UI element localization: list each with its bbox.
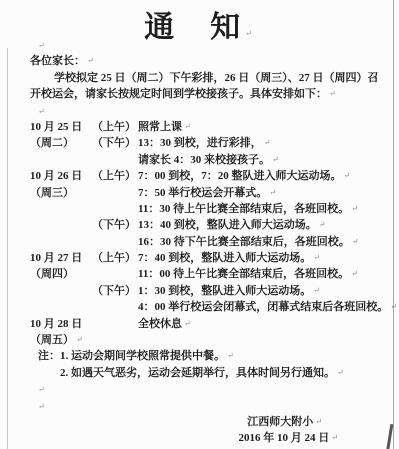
schedule-text: 11：00 待上午比赛全部结束后，各班回校。 bbox=[138, 266, 358, 282]
schedule-session bbox=[92, 299, 138, 315]
signature-org: 江西师大附小 bbox=[30, 414, 390, 430]
schedule-text: 1：30 到校，整队进入师大运动场。 bbox=[138, 283, 320, 299]
schedule-session bbox=[92, 266, 138, 282]
pilcrow-mark: ↵ bbox=[38, 402, 45, 411]
page-edge-left bbox=[7, 48, 8, 449]
notice-document: 通 知 ↵ 各位家长： 学校拟定 25 日（周二）下午彩排，26 日（周三）、2… bbox=[0, 0, 399, 449]
schedule-text: 16：30 待下午比赛全部结束后，各班回校。 bbox=[138, 234, 358, 250]
schedule-session: （上午） bbox=[92, 168, 138, 184]
salutation: 各位家长： bbox=[30, 53, 390, 69]
schedule-row: （周四） 11：00 待上午比赛全部结束后，各班回校。 bbox=[30, 266, 390, 282]
schedule-date bbox=[30, 217, 92, 233]
schedule-row: 11：30 待上午比赛全部结束后，各班回校。 bbox=[30, 201, 390, 217]
schedule-date: （周四） bbox=[30, 266, 92, 282]
schedule-text: 7：40 到校，整队进入师大运动场。 bbox=[138, 250, 320, 266]
schedule-row: 10 月 27 日 （上午） 7：40 到校，整队进入师大运动场。 bbox=[30, 250, 390, 266]
schedule-session bbox=[92, 332, 138, 348]
schedule-session: （下午） bbox=[92, 217, 138, 233]
schedule-date: 10 月 28 日 bbox=[30, 316, 92, 332]
schedule-row: 请家长 4：30 来校接孩子。 bbox=[30, 152, 390, 168]
schedule-row: 10 月 25 日 （上午） 照常上课 bbox=[30, 119, 390, 135]
schedule-row: （下午） 13：40 到校，整队进入师大运动场。 bbox=[30, 217, 390, 233]
blank-line: ↵ bbox=[30, 381, 390, 397]
schedule-date: 10 月 25 日 bbox=[30, 119, 92, 135]
schedule-row: 10 月 28 日 全校休息 bbox=[30, 316, 390, 332]
schedule-session bbox=[92, 201, 138, 217]
intro-line-2: 开校运会，请家长按规定时间到学校接孩子。具体安排如下： bbox=[30, 86, 390, 102]
schedule-row: （周五） bbox=[30, 332, 390, 348]
schedule-session bbox=[92, 234, 138, 250]
pilcrow-mark: ↵ bbox=[38, 107, 45, 116]
pilcrow-mark: ↵ bbox=[38, 385, 45, 394]
intro-line-1: 学校拟定 25 日（周二）下午彩排，26 日（周三）、27 日（周四）召 bbox=[30, 70, 390, 86]
schedule-row: 10 月 26 日 （上午） 7：00 到校，7：20 整队进入师大运动场。 bbox=[30, 168, 390, 184]
pilcrow-mark: ↵ bbox=[38, 41, 45, 50]
schedule-session bbox=[92, 316, 138, 332]
schedule-text: 13：30 到校，进行彩排， bbox=[138, 135, 270, 151]
schedule-row: （周三） 7：50 举行校运会开幕式。 bbox=[30, 185, 390, 201]
page-edge-right bbox=[393, 0, 394, 449]
schedule-row: 16：30 待下午比赛全部结束后，各班回校。 bbox=[30, 234, 390, 250]
schedule-session bbox=[92, 152, 138, 168]
schedule-date bbox=[30, 201, 92, 217]
schedule-date: （周五） bbox=[30, 332, 92, 348]
schedule-text: 11：30 待上午比赛全部结束后，各班回校。 bbox=[138, 201, 358, 217]
blank-line: ↵ bbox=[30, 37, 390, 53]
schedule-text: 请家长 4：30 来校接孩子。 bbox=[138, 152, 279, 168]
schedule-row: （周二） （下午） 13：30 到校，进行彩排， bbox=[30, 135, 390, 151]
schedule-date bbox=[30, 283, 92, 299]
schedule-row: （下午） 1：30 到校，整队进入师大运动场。 bbox=[30, 283, 390, 299]
schedule-text: 4：00 举行校运会闭幕式，闭幕式结束后各班回校。 bbox=[138, 299, 397, 315]
blank-line: ↵ bbox=[30, 103, 390, 119]
schedule-date: （周三） bbox=[30, 185, 92, 201]
signature-date-text: 2016 年 10 月 24 日 bbox=[239, 432, 338, 444]
schedule-row: 4：00 举行校运会闭幕式，闭幕式结束后各班回校。 bbox=[30, 299, 390, 315]
schedule-text: 全校休息 bbox=[138, 316, 191, 332]
note-line-1: 注：1. 运动会期间学校照常提供中餐。 bbox=[30, 348, 390, 364]
signature-date: 2016 年 10 月 24 日 bbox=[30, 430, 390, 446]
blank-line: ↵ bbox=[30, 398, 390, 414]
note-line-2: 2. 如遇天气恶劣，运动会延期举行，具体时间另行通知。 bbox=[30, 365, 390, 381]
schedule-session bbox=[92, 185, 138, 201]
schedule-session: （下午） bbox=[92, 283, 138, 299]
schedule-date: 10 月 26 日 bbox=[30, 168, 92, 184]
schedule-session: （下午） bbox=[92, 135, 138, 151]
signature-org-text: 江西师大附小 bbox=[247, 416, 322, 428]
schedule-text: 7：00 到校，7：20 整队进入师大运动场。 bbox=[138, 168, 350, 184]
schedule-text: 7：50 举行校运会开幕式。 bbox=[138, 185, 276, 201]
schedule-date bbox=[30, 152, 92, 168]
schedule-text: 13：40 到校，整队进入师大运动场。 bbox=[138, 217, 325, 233]
schedule-date: 10 月 27 日 bbox=[30, 250, 92, 266]
schedule-session: （上午） bbox=[92, 119, 138, 135]
schedule-text: 照常上课 bbox=[138, 119, 191, 135]
notice-body: ↵ 各位家长： 学校拟定 25 日（周二）下午彩排，26 日（周三）、27 日（… bbox=[30, 37, 390, 447]
schedule-date bbox=[30, 234, 92, 250]
schedule-date: （周二） bbox=[30, 135, 92, 151]
schedule-date bbox=[30, 299, 92, 315]
schedule-session: （上午） bbox=[92, 250, 138, 266]
